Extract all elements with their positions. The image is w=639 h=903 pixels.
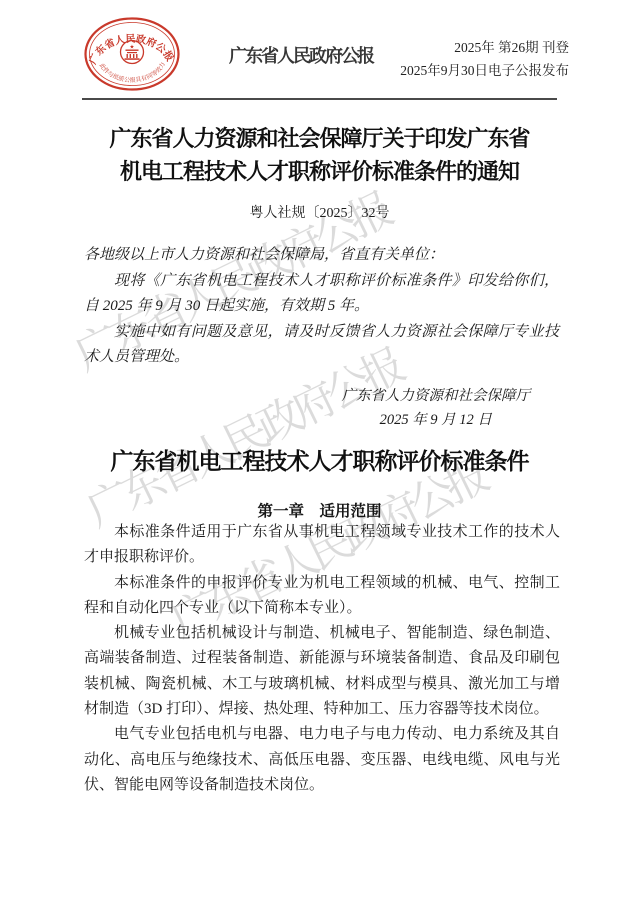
gazette-name: 广东省人民政府公报 — [229, 46, 373, 66]
standard-title: 广东省机电工程技术人才职称评价标准条件 — [0, 443, 639, 476]
notice-paragraph: 实施中如有问题及意见，请及时反馈省人力资源社会保障厅专业技术人员管理处。 — [84, 320, 559, 371]
standard-paragraph: 本标准条件的申报评价专业为机电工程领域的机械、电气、控制工程和自动化四个专业（以… — [84, 571, 560, 622]
issue-line: 2025年 第26期 刊登 — [400, 36, 569, 59]
seal-graphic: 广东省人民政府公报 此件与纸质公报具有同等效力 ★ — [83, 17, 181, 93]
signature-block: 广东省人力资源和社会保障厅 2025 年 9 月 12 日 — [342, 384, 531, 432]
notice-title-line1: 广东省人力资源和社会保障厅关于印发广东省 — [109, 126, 529, 151]
sign-date: 2025 年 9 月 12 日 — [342, 408, 531, 432]
svg-text:★: ★ — [130, 44, 135, 51]
national-emblem-icon: ★ — [121, 41, 144, 64]
standard-paragraph: 本标准条件适用于广东省从事机电工程领域专业技术工作的技术人才申报职称评价。 — [84, 520, 560, 571]
standard-paragraph: 机械专业包括机械设计与制造、机械电子、智能制造、绿色制造、高端装备制造、过程装备… — [84, 621, 560, 722]
standard-body: 本标准条件适用于广东省从事机电工程领域专业技术工作的技术人才申报职称评价。 本标… — [84, 520, 560, 798]
publish-line: 2025年9月30日电子公报发布 — [400, 59, 569, 82]
gazette-page: 广东省人民政府公报 广东省人民政府公报 广东省人民政府公报 广东省人民政府公报 … — [0, 0, 639, 903]
notice-title: 广东省人力资源和社会保障厅关于印发广东省 机电工程技术人才职称评价标准条件的通知 — [0, 122, 639, 188]
header-issue-block: 2025年 第26期 刊登 2025年9月30日电子公报发布 — [400, 36, 569, 82]
document-number: 粤人社规〔2025〕32号 — [0, 202, 639, 222]
gazette-seal: 广东省人民政府公报 此件与纸质公报具有同等效力 ★ — [83, 17, 181, 93]
notice-salutation: 各地级以上市人力资源和社会保障局，省直有关单位： — [84, 243, 559, 269]
notice-paragraph: 现将《广东省机电工程技术人才职称评价标准条件》印发给你们，自 2025 年 9 … — [84, 269, 559, 320]
header-divider — [82, 98, 557, 100]
standard-paragraph: 电气专业包括电机与电器、电力电子与电力传动、电力系统及其自动化、高电压与绝缘技术… — [84, 722, 560, 798]
signer-name: 广东省人力资源和社会保障厅 — [342, 384, 531, 408]
notice-title-line2: 机电工程技术人才职称评价标准条件的通知 — [120, 159, 519, 184]
chapter-heading: 第一章 适用范围 — [0, 499, 639, 521]
notice-body: 各地级以上市人力资源和社会保障局，省直有关单位： 现将《广东省机电工程技术人才职… — [84, 243, 559, 371]
